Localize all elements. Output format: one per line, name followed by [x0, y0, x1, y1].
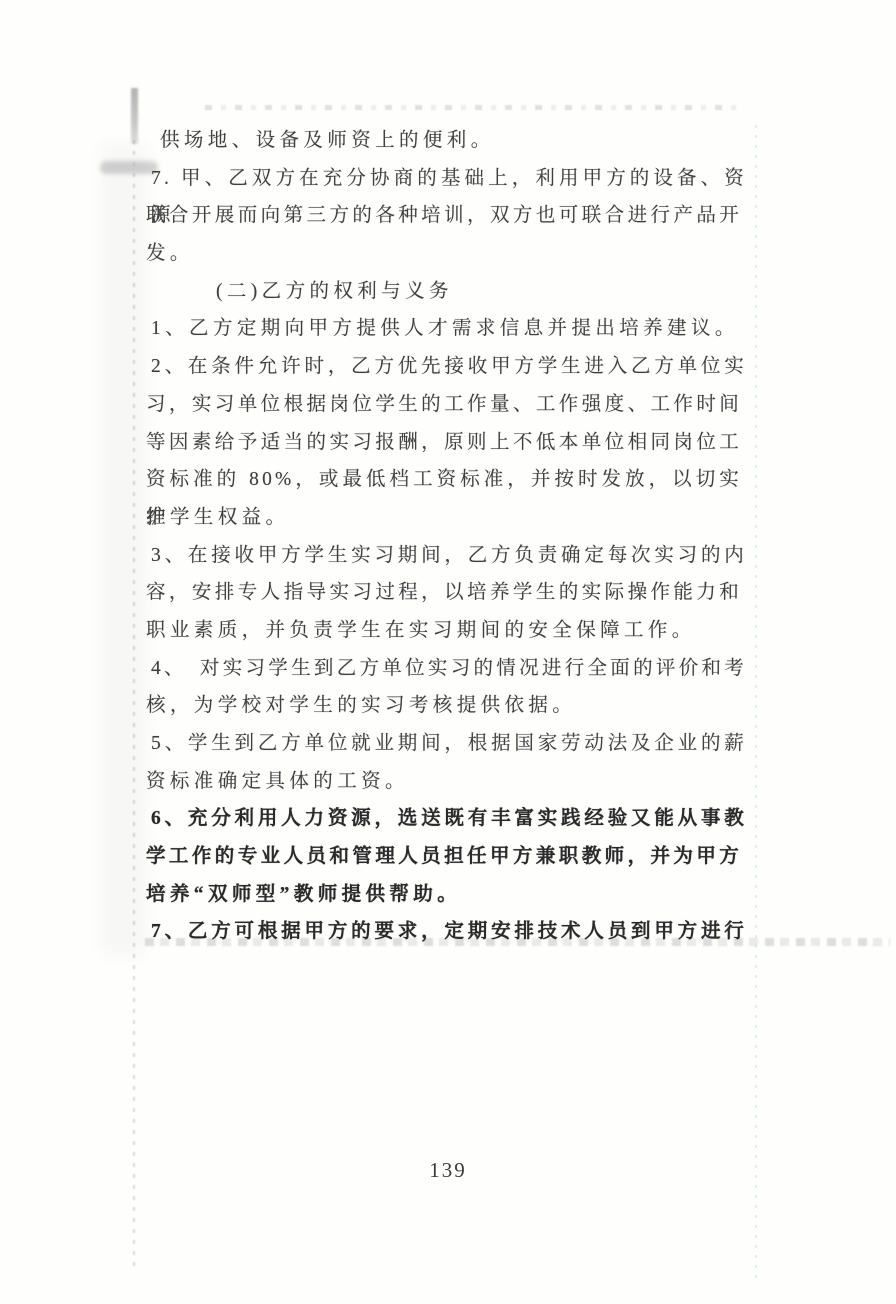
text-line: 护学生权益。: [146, 499, 742, 537]
document-page: 供场地、设备及师资上的便利。7. 甲、乙双方在充分协商的基础上，利用甲方的设备、…: [0, 0, 896, 1304]
text-line: 核，为学校对学生的实习考核提供依据。: [146, 687, 742, 725]
scan-edge-shadow: [131, 88, 138, 144]
text-line: 培养“双师型”教师提供帮助。: [146, 876, 742, 914]
scanned-document-page: { "page": { "number": "139" }, "colors":…: [0, 0, 896, 1304]
text-line: 7、乙方可根据甲方的要求，定期安排技术人员到甲方进行: [146, 913, 747, 951]
text-line: 等因素给予适当的实习报酬，原则上不低本单位相同岗位工: [146, 424, 742, 462]
text-line: 2、在条件允许时，乙方优先接收甲方学生进入乙方单位实: [146, 348, 747, 386]
scan-streak-top: [205, 105, 745, 110]
text-line: 学工作的专业人员和管理人员担任甲方兼职教师，并为甲方: [146, 838, 742, 876]
text-line: 5、学生到乙方单位就业期间，根据国家劳动法及企业的薪: [146, 725, 747, 763]
text-line: 职业素质，并负责学生在实习期间的安全保障工作。: [146, 612, 742, 650]
page-number: 139: [0, 1158, 896, 1183]
text-line: 资标准的 80%，或最低档工资标准，并按时发放，以切实维: [146, 461, 742, 499]
scan-edge-dotted-line: [133, 140, 135, 1270]
text-line: 7. 甲、乙双方在充分协商的基础上，利用甲方的设备、资源: [146, 160, 747, 198]
text-line: 容，安排专人指导实习过程，以培养学生的实际操作能力和: [146, 574, 742, 612]
text-line: 4、 对实习学生到乙方单位实习的情况进行全面的评价和考: [146, 650, 747, 688]
document-text-block: 供场地、设备及师资上的便利。7. 甲、乙双方在充分协商的基础上，利用甲方的设备、…: [146, 122, 742, 951]
text-line: 3、在接收甲方学生实习期间，乙方负责确定每次实习的内: [146, 537, 747, 575]
text-line: 供场地、设备及师资上的便利。: [146, 122, 742, 160]
scan-left-tint: [102, 145, 146, 955]
text-line: 1、乙方定期向甲方提供人才需求信息并提出培养建议。: [146, 310, 742, 348]
text-line: 联合开展而向第三方的各种培训，双方也可联合进行产品开: [146, 197, 742, 235]
text-line: (二)乙方的权利与义务: [146, 273, 742, 311]
scan-color-artifact-line: [755, 125, 757, 1285]
text-line: 习，实习单位根据岗位学生的工作量、工作强度、工作时间: [146, 386, 742, 424]
text-line: 6、充分利用人力资源，选送既有丰富实践经验又能从事教: [146, 800, 747, 838]
text-line: 资标准确定具体的工资。: [146, 763, 742, 801]
text-line: 发。: [146, 235, 742, 273]
